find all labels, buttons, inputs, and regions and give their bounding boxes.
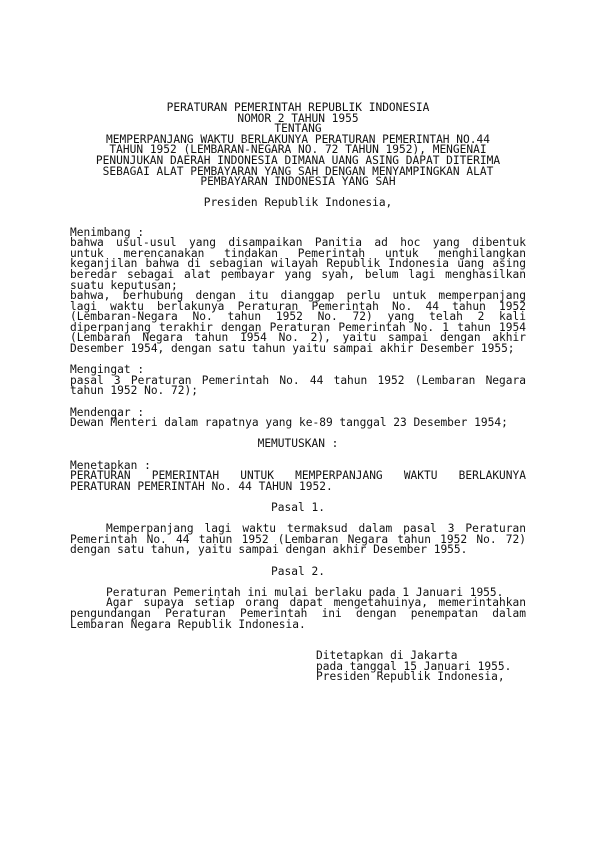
pasal-1-body: Memperpanjang lagi waktu termaksud dalam… <box>70 524 526 556</box>
document-page: PERATURAN PEMERINTAH REPUBLIK INDONESIA … <box>70 103 526 683</box>
pasal-2-body: Peraturan Pemerintah ini mulai berlaku p… <box>70 588 526 630</box>
pasal-1-heading: Pasal 1. <box>70 503 526 514</box>
signature-block: Ditetapkan di Jakarta pada tanggal 15 Ja… <box>316 651 526 683</box>
body-line: Dewan Menteri dalam rapatnya yang ke-89 … <box>70 418 526 429</box>
body-line: Lembaran Negara Republik Indonesia. <box>70 620 526 631</box>
memutuskan-heading: MEMUTUSKAN : <box>70 439 526 450</box>
menimbang-section: Menimbang : bahwa usul-usul yang disampa… <box>70 228 526 355</box>
mengingat-section: Mengingat : pasal 3 Peraturan Pemerintah… <box>70 365 526 397</box>
mendengar-section: Mendengar : Dewan Menteri dalam rapatnya… <box>70 408 526 429</box>
body-line: Desember 1954, dengan satu tahun yaitu s… <box>70 344 526 355</box>
menetapkan-section: Menetapkan : PERATURAN PEMERINTAH UNTUK … <box>70 461 526 493</box>
pasal-2-heading: Pasal 2. <box>70 567 526 578</box>
president-heading: Presiden Republik Indonesia, <box>70 198 526 209</box>
body-line: tahun 1952 No. 72); <box>70 386 526 397</box>
body-line: PERATURAN PEMERINTAH No. 44 TAHUN 1952. <box>70 482 526 493</box>
body-line: dengan satu tahun, yaitu sampai dengan a… <box>70 545 526 556</box>
signature-title: Presiden Republik Indonesia, <box>316 672 526 683</box>
title-subject-line: PEMBAYARAN INDONESIA YANG SAH <box>70 177 526 188</box>
document-title: PERATURAN PEMERINTAH REPUBLIK INDONESIA … <box>70 103 526 188</box>
